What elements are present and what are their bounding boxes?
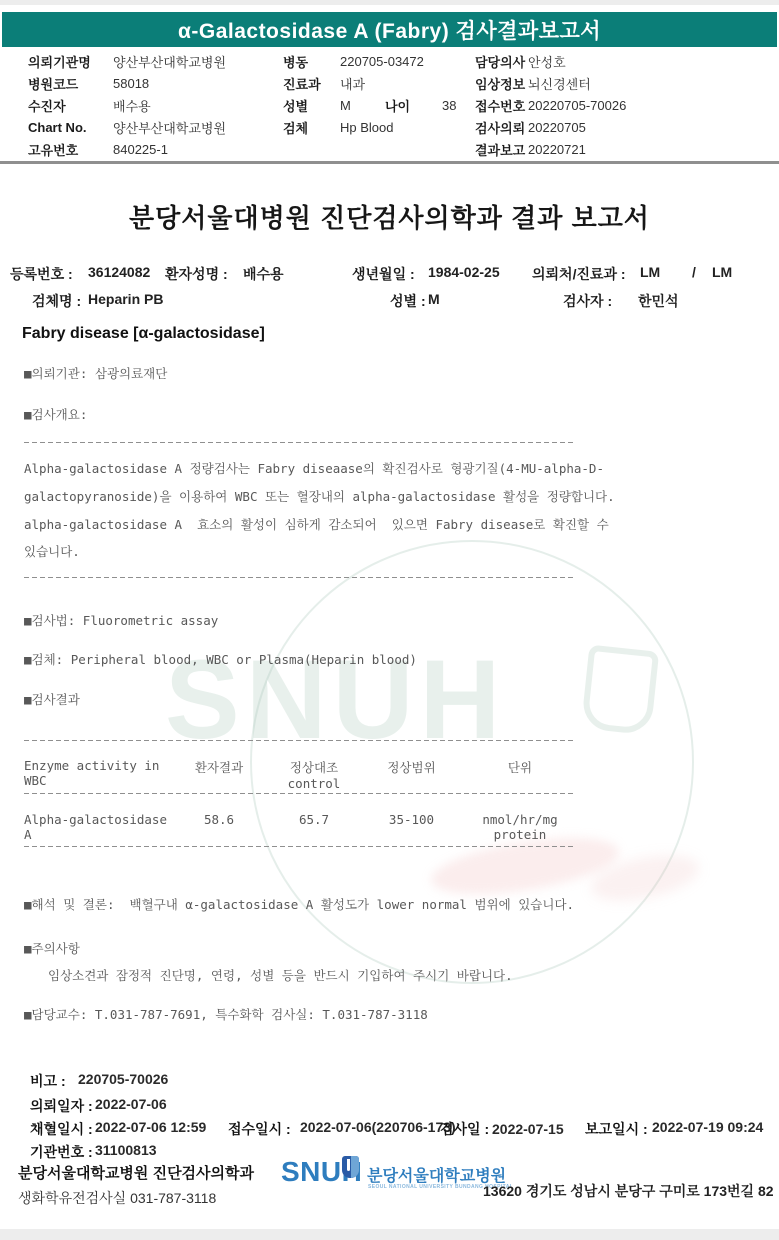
referral-dept-label: 의뢰처/진료과 :	[532, 264, 626, 284]
info-row: 병동220705-03472	[283, 50, 456, 72]
field-label: 검사의뢰	[475, 118, 528, 137]
referral-dept-value: LM	[640, 264, 660, 280]
info-column-1: 의뢰기관명양산부산대학교병원 병원코드58018 수진자배수용 Chart No…	[28, 50, 226, 160]
overview-paragraph-line: galactopyranoside)을 이용하여 WBC 또는 혈장내의 alp…	[24, 487, 615, 505]
field-value: 뇌신경센터	[528, 74, 591, 93]
page-bottom-strip	[0, 1229, 779, 1240]
sex-label: 성별 :	[390, 291, 426, 311]
dashed-divider	[24, 442, 576, 443]
examiner-label: 검사자 :	[563, 291, 612, 311]
field-label: 임상정보	[475, 74, 528, 93]
patient-name-label: 환자성명 :	[165, 264, 228, 284]
report-header-title: α-Galactosidase A (Fabry) 검사결과보고서	[178, 15, 601, 45]
age-value: 38	[442, 98, 456, 113]
field-value: 20220705	[528, 120, 586, 135]
field-value: Hp Blood	[340, 120, 393, 135]
field-value: 20220705-70026	[528, 98, 626, 113]
reg-no-value: 36124082	[88, 264, 150, 280]
hospital-address: 13620 경기도 성남시 분당구 구미로 173번길 82	[483, 1181, 774, 1201]
info-row: 접수번호20220705-70026	[475, 94, 626, 116]
conclusion-line: ■해석 및 결론: 백혈구내 α-galactosidase A 활성도가 lo…	[24, 895, 574, 913]
field-value: 안성호	[528, 52, 566, 71]
patient-name-value: 배수용	[243, 264, 284, 284]
field-value: 양산부산대학교병원	[113, 52, 226, 71]
overview-paragraph-line: alpha-galactosidase A 효소의 활성이 심하게 감소되어 있…	[24, 515, 609, 533]
report-title: 분당서울대병원 진단검사의학과 결과 보고서	[0, 198, 779, 235]
org-number-value: 31100813	[95, 1142, 157, 1158]
info-column-2: 병동220705-03472 진료과내과 성별M나이38 검체Hp Blood	[283, 50, 456, 138]
field-label: Chart No.	[28, 120, 113, 135]
overview-paragraph-line: 있습니다.	[24, 542, 80, 560]
field-label: 결과보고	[475, 140, 528, 159]
professor-contact-line: ■담당교수: T.031-787-7691, 특수화학 검사실: T.031-7…	[24, 1005, 428, 1023]
table-cell: nmol/hr/mg protein	[459, 812, 581, 842]
field-label: 접수번호	[475, 96, 528, 115]
section-divider	[0, 161, 779, 164]
field-value: 내과	[340, 74, 365, 93]
field-value: 220705-03472	[340, 54, 424, 69]
info-row: 고유번호840225-1	[28, 138, 226, 160]
sex-value: M	[428, 291, 440, 307]
column-header: 단위	[459, 758, 581, 791]
page-top-strip	[0, 0, 779, 5]
issuing-department-name: 분당서울대학교병원 진단검사의학과	[18, 1162, 254, 1183]
referral-dept-separator: /	[692, 264, 696, 280]
org-number-label: 기관번호 :	[30, 1142, 93, 1162]
column-header: 정상대조control	[264, 758, 364, 791]
column-header: 정상범위	[364, 758, 459, 791]
result-table-header-row: Enzyme activity in WBC 환자결과 정상대조control …	[24, 758, 581, 791]
lab-contact-line: 생화학유전검사실 031-787-3118	[18, 1188, 216, 1208]
referral-dept-value-2: LM	[712, 264, 732, 280]
note-value: 220705-70026	[78, 1071, 168, 1087]
field-label: 검체	[283, 118, 340, 137]
field-value: 양산부산대학교병원	[113, 118, 226, 137]
examiner-value: 한민석	[638, 291, 679, 311]
info-row: 임상정보뇌신경센터	[475, 72, 626, 94]
table-cell: Alpha-galactosidase A	[24, 812, 174, 842]
field-label: 의뢰기관명	[28, 52, 113, 71]
caution-heading: ■주의사항	[24, 939, 80, 957]
snuh-watermark-shield-icon	[581, 645, 659, 736]
result-heading: ■검사결과	[24, 690, 80, 708]
info-row: 수진자배수용	[28, 94, 226, 116]
specimen-line: ■검체: Peripheral blood, WBC or Plasma(Hep…	[24, 650, 417, 668]
snuh-logo-shield-icon	[342, 1156, 359, 1178]
info-row: 담당의사안성호	[475, 50, 626, 72]
field-label: 고유번호	[28, 140, 113, 159]
table-cell: 35-100	[364, 812, 459, 842]
test-date-value: 2022-07-15	[492, 1121, 564, 1137]
info-row: Chart No.양산부산대학교병원	[28, 116, 226, 138]
age-label: 나이	[385, 96, 442, 115]
info-row: 진료과내과	[283, 72, 456, 94]
specimen-label: 검체명 :	[32, 291, 81, 311]
overview-paragraph-line: Alpha-galactosidase A 정량검사는 Fabry diseaa…	[24, 459, 604, 477]
info-row: 결과보고20220721	[475, 138, 626, 160]
field-value: 20220721	[528, 142, 586, 157]
field-value: M	[340, 98, 385, 113]
field-value: 840225-1	[113, 142, 168, 157]
method-line: ■검사법: Fluorometric assay	[24, 611, 218, 629]
info-row: 검사의뢰20220705	[475, 116, 626, 138]
request-date-value: 2022-07-06	[95, 1096, 167, 1112]
column-header: Enzyme activity in WBC	[24, 758, 174, 791]
info-row-sex-age: 성별M나이38	[283, 94, 456, 116]
draw-datetime-label: 채혈일시 :	[30, 1119, 93, 1139]
request-date-label: 의뢰일자 :	[30, 1096, 93, 1116]
referral-agency-line: ■의뢰기관: 삼광의료재단	[24, 364, 167, 382]
field-value: 배수용	[113, 96, 151, 115]
dashed-divider	[24, 740, 576, 741]
info-row: 의뢰기관명양산부산대학교병원	[28, 50, 226, 72]
birth-date-label: 생년월일 :	[352, 264, 415, 284]
report-datetime-label: 보고일시 :	[585, 1119, 648, 1139]
receipt-datetime-label: 접수일시 :	[228, 1119, 291, 1139]
field-value: 58018	[113, 76, 149, 91]
field-label: 성별	[283, 96, 340, 115]
field-label: 병원코드	[28, 74, 113, 93]
caution-line: 임상소견과 잠정적 진단명, 연령, 성별 등을 반드시 기입하여 주시기 바랍…	[48, 966, 513, 984]
report-header-bar: α-Galactosidase A (Fabry) 검사결과보고서	[2, 12, 777, 47]
column-header: 환자결과	[174, 758, 264, 791]
note-label: 비고 :	[30, 1071, 66, 1091]
field-label: 담당의사	[475, 52, 528, 71]
overview-heading: ■검사개요:	[24, 405, 87, 423]
reg-no-label: 등록번호 :	[10, 264, 73, 284]
result-table-data-row: Alpha-galactosidase A 58.6 65.7 35-100 n…	[24, 812, 581, 842]
receipt-datetime-value: 2022-07-06(220706-173)	[300, 1119, 456, 1135]
dashed-divider	[24, 577, 576, 578]
draw-datetime-value: 2022-07-06 12:59	[95, 1119, 206, 1135]
info-column-3: 담당의사안성호 임상정보뇌신경센터 접수번호20220705-70026 검사의…	[475, 50, 626, 160]
test-date-label: 검사일 :	[440, 1119, 489, 1139]
info-row: 병원코드58018	[28, 72, 226, 94]
info-row: 검체Hp Blood	[283, 116, 456, 138]
report-datetime-value: 2022-07-19 09:24	[652, 1119, 763, 1135]
table-cell: 65.7	[264, 812, 364, 842]
specimen-value: Heparin PB	[88, 291, 163, 307]
birth-date-value: 1984-02-25	[428, 264, 500, 280]
field-label: 병동	[283, 52, 340, 71]
dashed-divider	[24, 793, 576, 794]
field-label: 진료과	[283, 74, 340, 93]
table-cell: 58.6	[174, 812, 264, 842]
test-title: Fabry disease [α-galactosidase]	[22, 325, 265, 343]
field-label: 수진자	[28, 96, 113, 115]
lab-result-report-page: α-Galactosidase A (Fabry) 검사결과보고서 의뢰기관명양…	[0, 0, 779, 1240]
dashed-divider	[24, 846, 576, 847]
